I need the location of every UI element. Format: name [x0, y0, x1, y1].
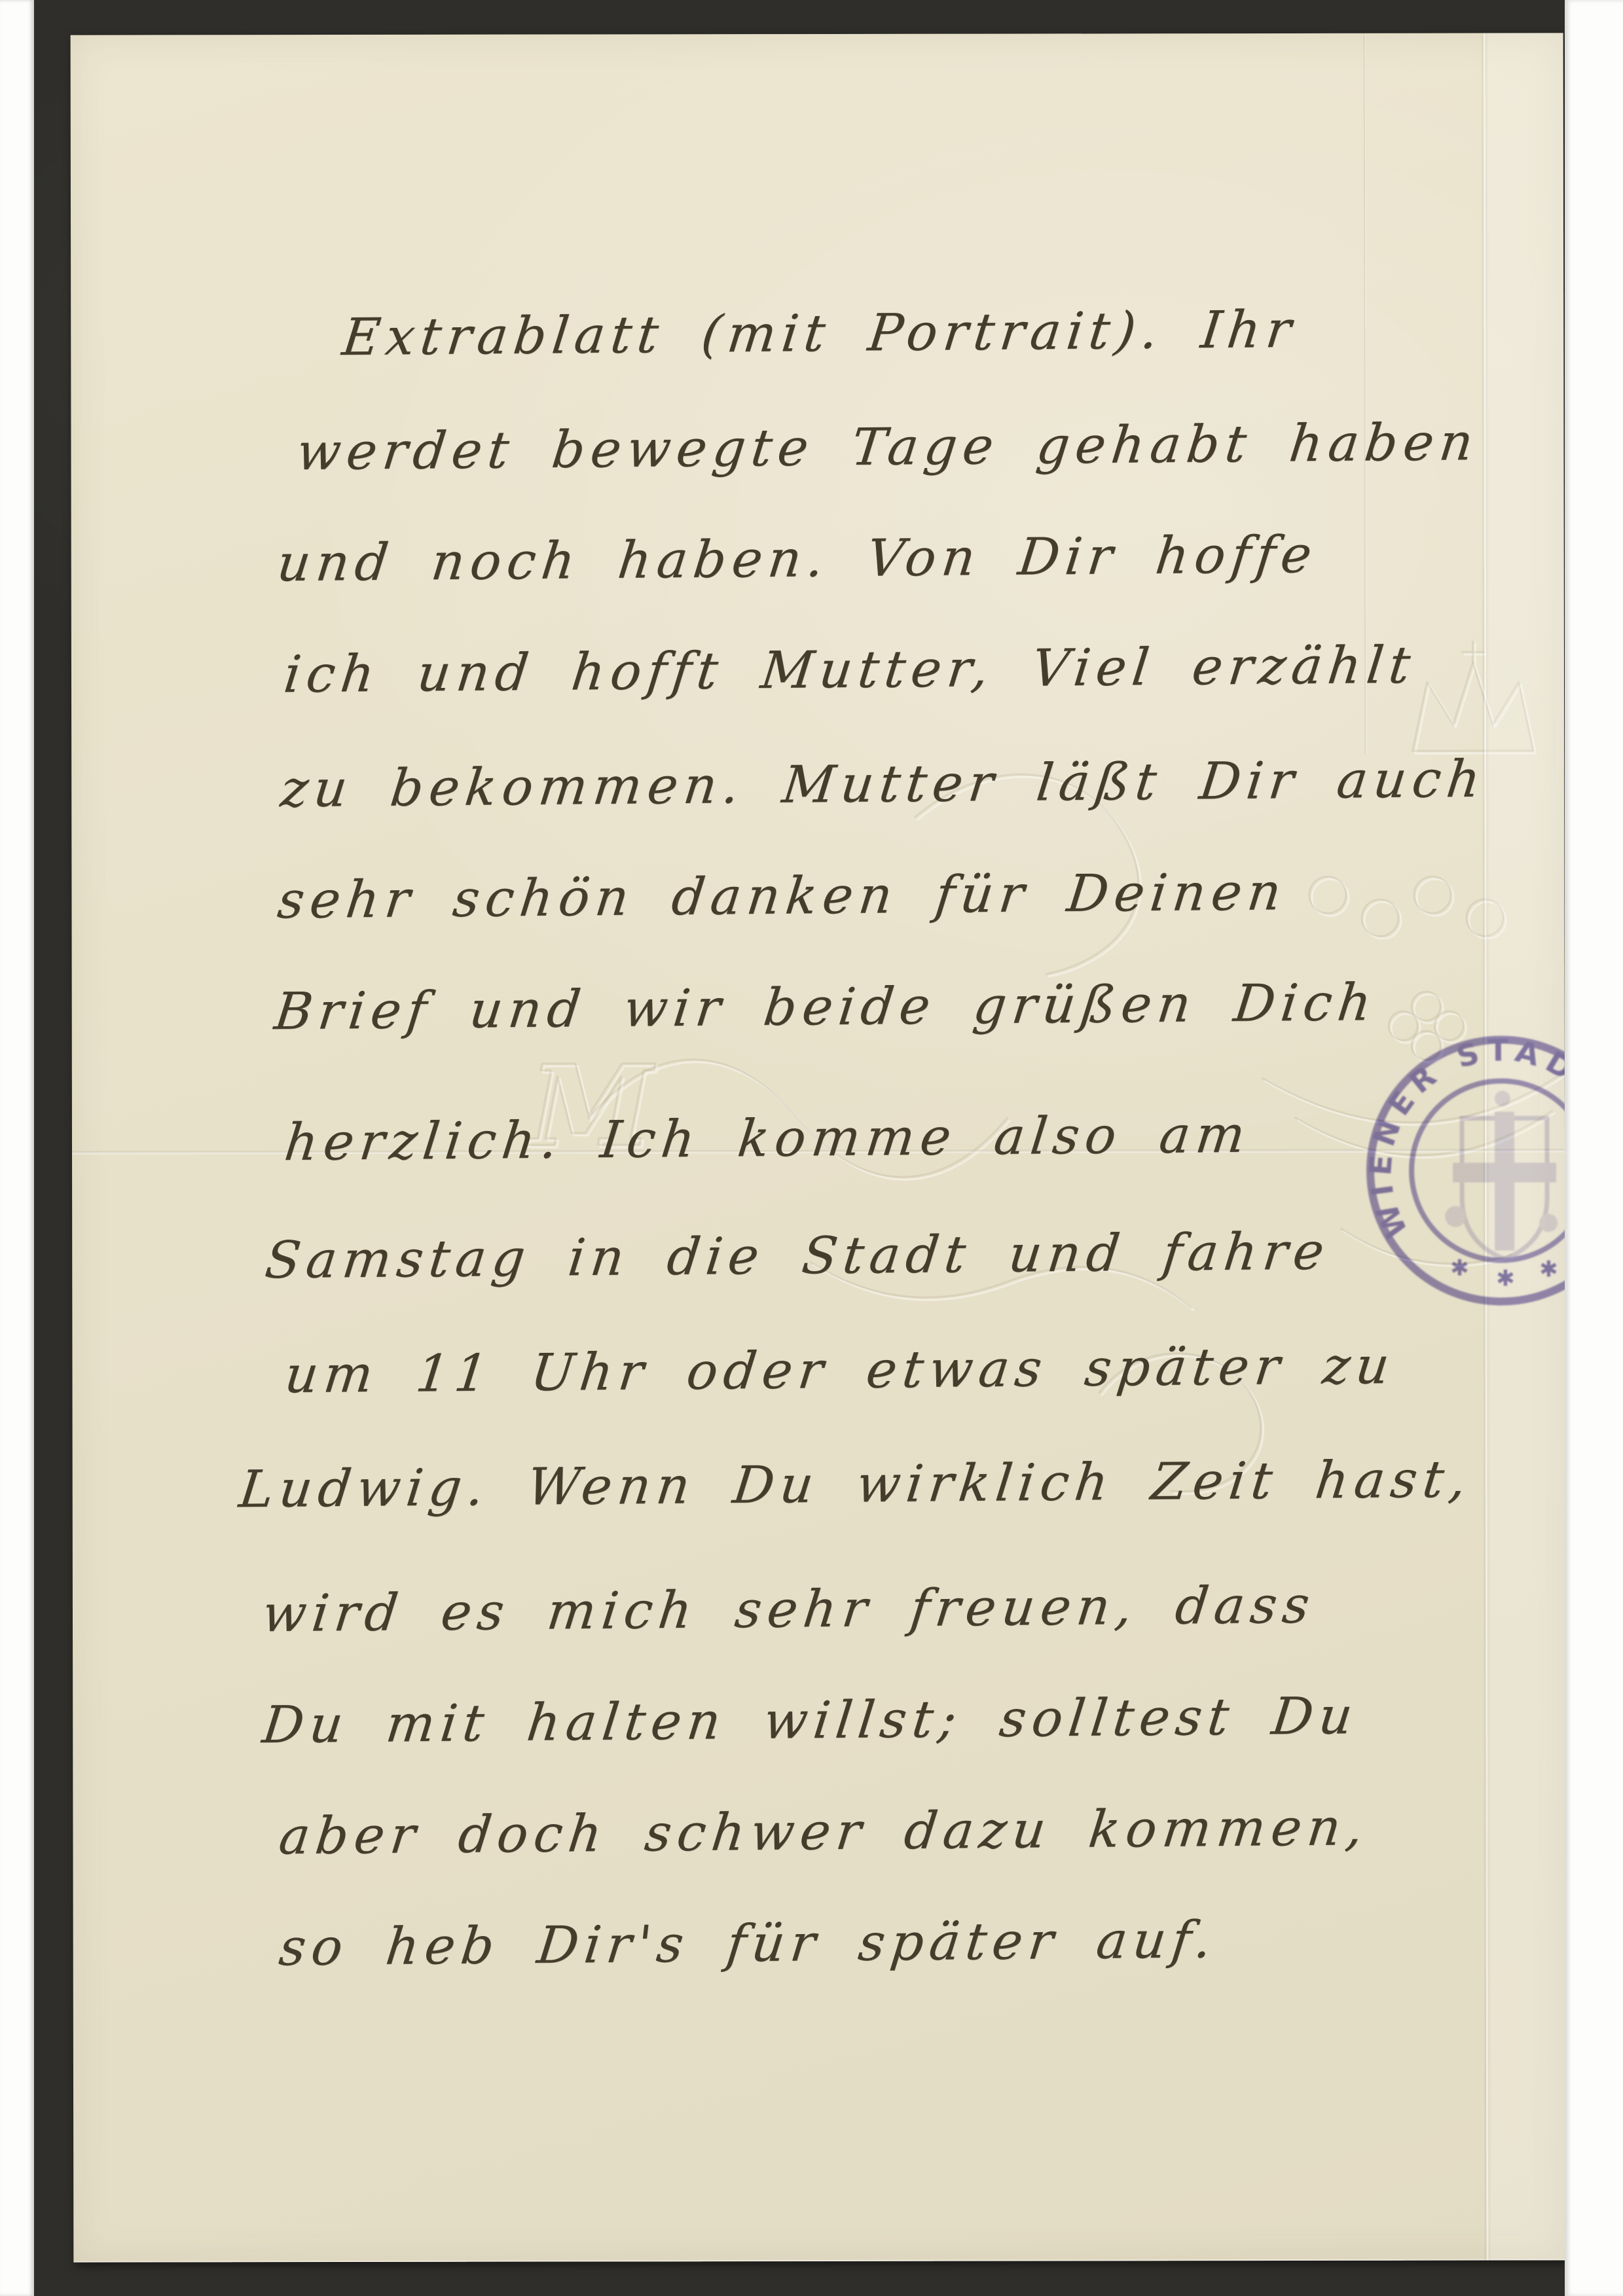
- letter-line: sehr schön danken für Deinen: [275, 863, 1290, 930]
- stamp-arc-text: WIENER STADTBI: [1362, 1032, 1567, 1243]
- stamp-inner-ring: [1412, 1081, 1567, 1260]
- letter-line: so heb Dir's für später auf.: [276, 1910, 1220, 1977]
- stamp-star-icon: ✱: [1496, 1266, 1515, 1292]
- library-stamp: WIENER STADTBI ✱ ✱ ✱: [1331, 1000, 1567, 1341]
- letter-line: wird es mich sehr freuen, dass: [259, 1576, 1318, 1643]
- letter-body: Extrablatt (mit Portrait). Ihrwerdet bew…: [71, 33, 1563, 35]
- letter-line: ich und hofft Mutter, Viel erzählt: [281, 636, 1419, 704]
- letter-line: um 11 Uhr oder etwas später zu: [282, 1336, 1398, 1405]
- letter-line: Ludwig. Wenn Du wirklich Zeit hast,: [236, 1450, 1475, 1519]
- letter-page: M Extrablatt (mit Portrait). Ihrwerdet b…: [71, 33, 1567, 2262]
- letter-line: werdet bewegte Tage gehabt haben: [294, 413, 1482, 482]
- stamp-star-icon: ✱: [1539, 1256, 1558, 1282]
- letter-line: herzlich. Ich komme also am: [282, 1105, 1254, 1172]
- stamp-coat-of-arms: [1445, 1090, 1558, 1259]
- fold-crease-vertical: [1484, 33, 1489, 2261]
- letter-line: Brief und wir beide grüßen Dich: [272, 973, 1380, 1041]
- letter-line: Extrablatt (mit Portrait). Ihr: [339, 300, 1300, 367]
- scanned-letter-background: M Extrablatt (mit Portrait). Ihrwerdet b…: [0, 0, 1623, 2296]
- letter-line: Du mit halten willst; solltest Du: [259, 1687, 1361, 1755]
- letter-line: aber doch schwer dazu kommen,: [276, 1798, 1372, 1866]
- scanner-edge-right: [1565, 0, 1623, 2296]
- letter-line: und noch haben. Von Dir hoffe: [274, 526, 1321, 593]
- paper-fold-light-band: [1484, 33, 1567, 2260]
- stamp-star-icon: ✱: [1450, 1255, 1469, 1282]
- letter-line: Samstag in die Stadt und fahre: [262, 1223, 1333, 1291]
- letter-line: zu bekommen. Mutter läßt Dir auch: [278, 750, 1489, 819]
- scanner-edge-left: [0, 0, 34, 2296]
- stamp-outer-ring: [1370, 1039, 1567, 1302]
